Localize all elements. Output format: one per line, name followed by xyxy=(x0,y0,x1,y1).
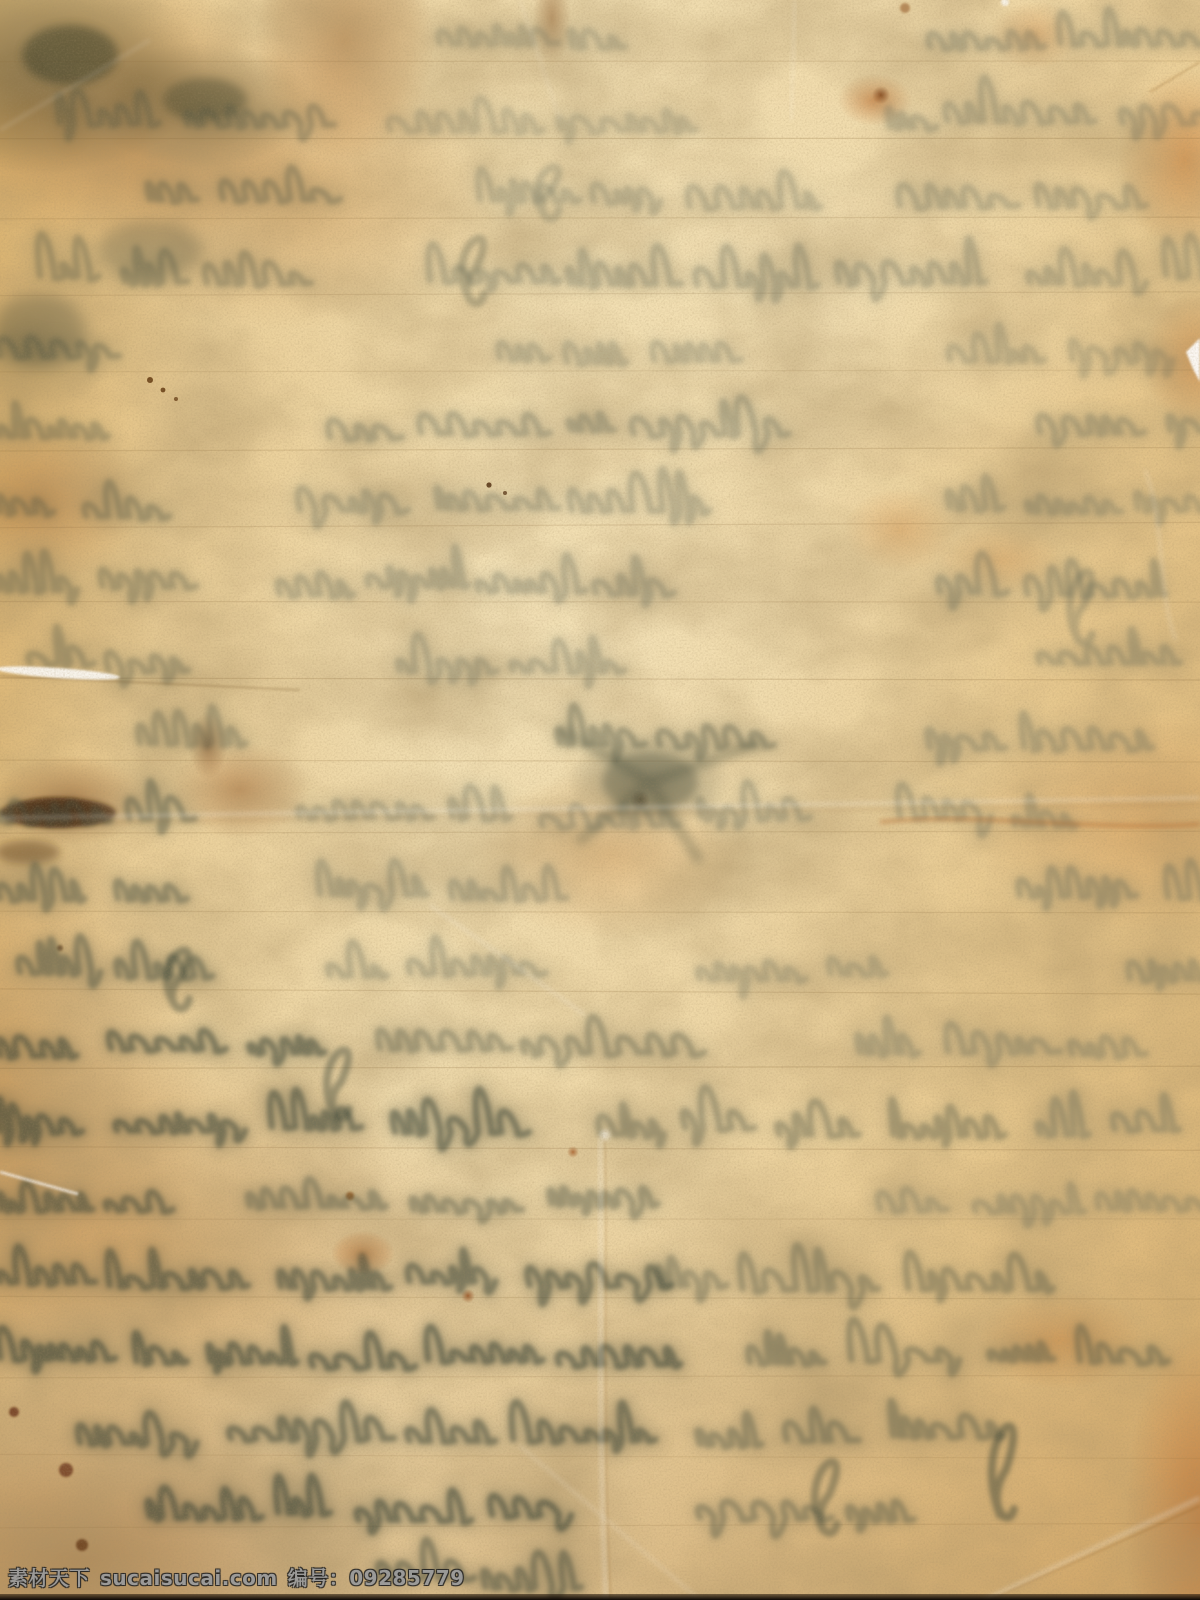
watermark-id-value: 09285779 xyxy=(349,1566,464,1590)
stock-site-watermark: 素材天下sucaisucai.com编号：09285779 xyxy=(8,1562,475,1591)
paper-detail-overlay xyxy=(0,0,1200,1600)
grain-overlay xyxy=(0,0,1200,1600)
watermark-site-name: 素材天下 xyxy=(8,1566,90,1590)
watermark-id-label: 编号： xyxy=(288,1566,350,1590)
photo-bottom-edge xyxy=(0,1594,1200,1600)
watermark-site-url: sucaisucai.com xyxy=(100,1566,278,1590)
old-paper-photo: 素材天下sucaisucai.com编号：09285779 xyxy=(0,0,1200,1600)
